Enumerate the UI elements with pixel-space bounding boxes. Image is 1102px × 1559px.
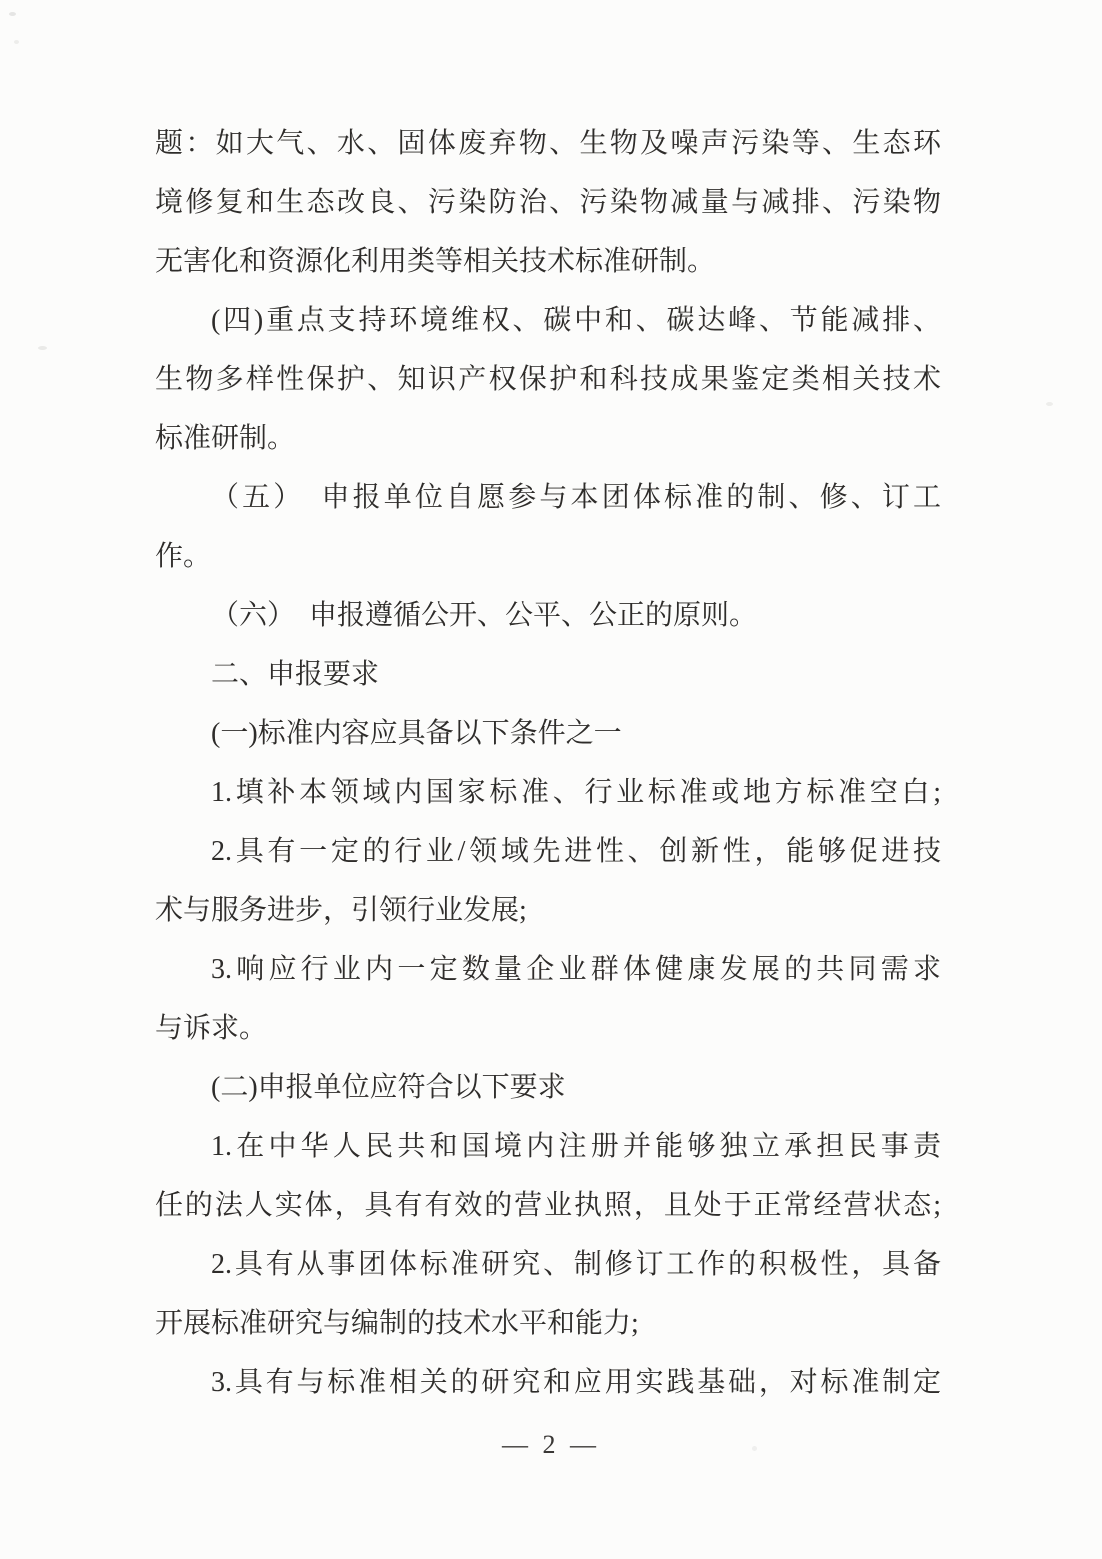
doc-line: 生物多样性保护、知识产权保护和科技成果鉴定类相关技术: [155, 350, 941, 409]
doc-line: 术与服务进步，引领行业发展;: [155, 881, 941, 940]
doc-line: 作。: [155, 527, 941, 586]
scan-speck: [1046, 402, 1053, 406]
scan-speck: [38, 346, 47, 350]
doc-line: （五） 申报单位自愿参与本团体标准的制、修、订工: [155, 468, 941, 527]
doc-line: (二)申报单位应符合以下要求: [155, 1058, 941, 1117]
doc-line: 开展标准研究与编制的技术水平和能力;: [155, 1294, 941, 1353]
doc-line: 与诉求。: [155, 999, 941, 1058]
doc-line: 3.响应行业内一定数量企业群体健康发展的共同需求: [155, 940, 941, 999]
doc-line: 任的法人实体，具有有效的营业执照，且处于正常经营状态;: [155, 1176, 941, 1235]
doc-line: （六） 申报遵循公开、公平、公正的原则。: [155, 586, 941, 645]
doc-line: 2.具有一定的行业/领域先进性、创新性，能够促进技: [155, 822, 941, 881]
doc-line: (一)标准内容应具备以下条件之一: [155, 704, 941, 763]
doc-line: 二、申报要求: [155, 645, 941, 704]
doc-line: 2.具有从事团体标准研究、制修订工作的积极性，具备: [155, 1235, 941, 1294]
doc-line: 无害化和资源化利用类等相关技术标准研制。: [155, 232, 941, 291]
page-number: — 2 —: [0, 1430, 1102, 1460]
scan-speck: [14, 40, 19, 44]
scan-speck: [9, 12, 16, 16]
doc-line: 1.填补本领域内国家标准、行业标准或地方标准空白;: [155, 763, 941, 822]
doc-line: 境修复和生态改良、污染防治、污染物减量与减排、污染物: [155, 173, 941, 232]
doc-line: 标准研制。: [155, 409, 941, 468]
doc-line: 3.具有与标准相关的研究和应用实践基础，对标准制定: [155, 1353, 941, 1412]
document-page: 题：如大气、水、固体废弃物、生物及噪声污染等、生态环境修复和生态改良、污染防治、…: [0, 0, 1102, 1559]
doc-line: (四)重点支持环境维权、碳中和、碳达峰、节能减排、: [155, 291, 941, 350]
doc-line: 题：如大气、水、固体废弃物、生物及噪声污染等、生态环: [155, 114, 941, 173]
doc-line: 1.在中华人民共和国境内注册并能够独立承担民事责: [155, 1117, 941, 1176]
document-body: 题：如大气、水、固体废弃物、生物及噪声污染等、生态环境修复和生态改良、污染防治、…: [155, 114, 941, 1412]
